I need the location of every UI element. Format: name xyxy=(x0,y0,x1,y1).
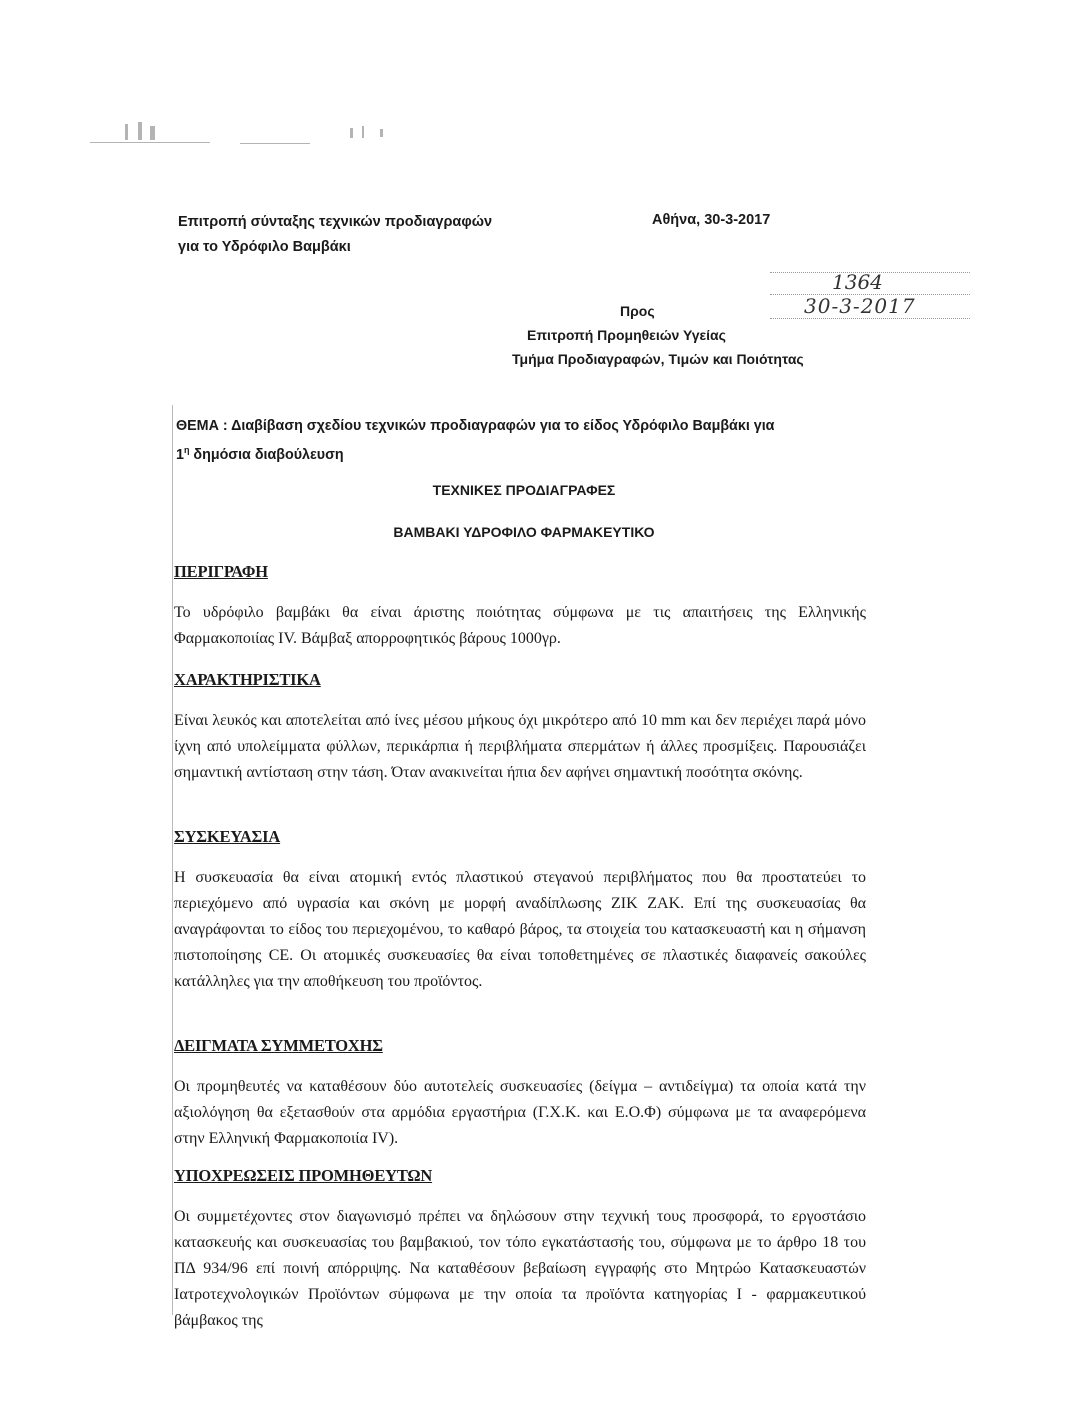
subject-line-2: 1η δημόσια διαβούλευση xyxy=(176,438,876,467)
document-title: ΤΕΧΝΙΚΕΣ ΠΡΟΔΙΑΓΡΑΦΕΣ xyxy=(0,482,1068,498)
protocol-stamp: 1364 30-3-2017 xyxy=(770,268,970,324)
recipient-line-2: Τμήμα Προδιαγραφών, Τιμών και Ποιότητας xyxy=(512,351,804,367)
protocol-date: 30-3-2017 xyxy=(804,294,916,318)
recipient-line-1: Επιτροπή Προμηθειών Υγείας xyxy=(527,327,726,343)
section-characteristics: ΧΑΡΑΚΤΗΡΙΣΤΙΚΑ Είναι λευκός και αποτελεί… xyxy=(174,670,866,786)
section-description: ΠΕΡΙΓΡΑΦΗ Το υδρόφιλο βαμβάκι θα είναι ά… xyxy=(174,562,866,652)
section-body: Οι συμμετέχοντες στον διαγωνισμό πρέπει … xyxy=(174,1204,866,1334)
section-body: Το υδρόφιλο βαμβάκι θα είναι άριστης ποι… xyxy=(174,600,866,652)
subject-ordinal: 1 xyxy=(176,447,184,463)
committee-line-1: Επιτροπή σύνταξης τεχνικών προδιαγραφών xyxy=(178,210,492,235)
scan-margin-line xyxy=(172,405,173,1315)
section-body: Η συσκευασία θα είναι ατομική εντός πλασ… xyxy=(174,865,866,995)
section-heading: ΣΥΣΚΕΥΑΣΙΑ xyxy=(174,827,866,847)
section-body: Οι προμηθευτές να καταθέσουν δύο αυτοτελ… xyxy=(174,1074,866,1152)
place-date: Αθήνα, 30-3-2017 xyxy=(652,212,770,228)
subject-line-2-text: δημόσια διαβούλευση xyxy=(189,447,343,463)
product-title: ΒΑΜΒΑΚΙ ΥΔΡΟΦΙΛΟ ΦΑΡΜΑΚΕΥΤΙΚΟ xyxy=(0,524,1068,540)
section-body: Είναι λευκός και αποτελείται από ίνες μέ… xyxy=(174,708,866,786)
subject-line-1: ΘΕΜΑ : Διαβίβαση σχεδίου τεχνικών προδια… xyxy=(176,414,876,438)
section-heading: ΧΑΡΑΚΤΗΡΙΣΤΙΚΑ xyxy=(174,670,866,690)
section-heading: ΠΕΡΙΓΡΑΦΗ xyxy=(174,562,866,582)
committee-line-2: για το Υδρόφιλο Βαμβάκι xyxy=(178,235,492,260)
subject: ΘΕΜΑ : Διαβίβαση σχεδίου τεχνικών προδια… xyxy=(176,414,876,467)
section-supplier-obligations: ΥΠΟΧΡΕΩΣΕΙΣ ΠΡΟΜΗΘΕΥΤΩΝ Οι συμμετέχοντες… xyxy=(174,1166,866,1334)
section-samples: ΔΕΙΓΜΑΤΑ ΣΥΜΜΕΤΟΧΗΣ Οι προμηθευτές να κα… xyxy=(174,1036,866,1152)
section-packaging: ΣΥΣΚΕΥΑΣΙΑ Η συσκευασία θα είναι ατομική… xyxy=(174,827,866,995)
to-label: Προς xyxy=(620,303,655,319)
section-heading: ΥΠΟΧΡΕΩΣΕΙΣ ΠΡΟΜΗΘΕΥΤΩΝ xyxy=(174,1166,866,1186)
committee-header: Επιτροπή σύνταξης τεχνικών προδιαγραφών … xyxy=(178,210,492,260)
section-heading: ΔΕΙΓΜΑΤΑ ΣΥΜΜΕΤΟΧΗΣ xyxy=(174,1036,866,1056)
scan-noise-artifact xyxy=(90,120,420,150)
protocol-number: 1364 xyxy=(832,270,883,294)
